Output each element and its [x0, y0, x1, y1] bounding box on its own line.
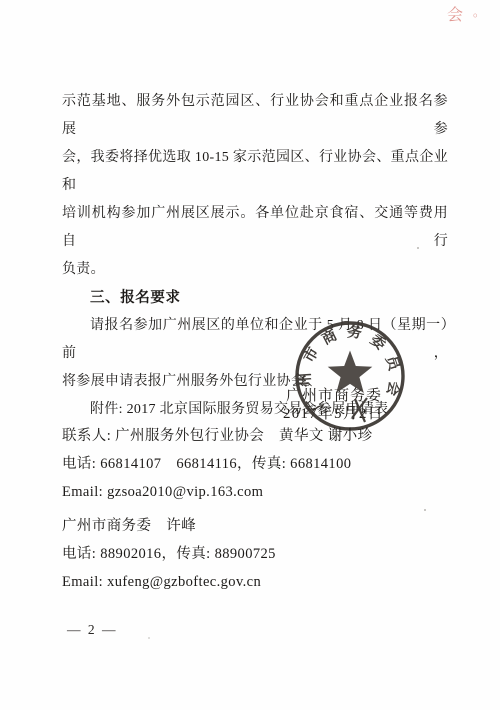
contact-block-secondary: 广州市商务委 许峰 电话: 88902016，传真: 88900725 Emai… [62, 512, 462, 596]
scanned-document-page: 会。 示范基地、服务外包示范园区、行业协会和重点企业报名参展参 会，我委将择优选… [0, 0, 500, 710]
scan-speck [424, 509, 426, 511]
paragraph1-line3: 培训机构参加广州展区展示。各单位赴京食宿、交通等费用自行 [62, 200, 448, 256]
corner-mark-2: 。 [473, 5, 485, 19]
contact-phone-line: 电话: 66814107 66814116，传真: 66814100 [62, 450, 462, 478]
contact-block-primary: 联系人: 广州服务外包行业协会 黄华文 谢小珍 电话: 66814107 668… [62, 422, 462, 506]
corner-red-marks: 会。 [447, 3, 485, 25]
paragraph1-line1: 示范基地、服务外包示范园区、行业协会和重点企业报名参展参 [62, 88, 448, 144]
contact2-email-line: Email: xufeng@gzboftec.gov.cn [62, 568, 462, 596]
paragraph1-line2: 会，我委将择优选取 10-15 家示范园区、行业协会、重点企业和 [62, 144, 448, 200]
official-seal: 广州市商务委员会 [292, 319, 408, 435]
contact-person-line: 联系人: 广州服务外包行业协会 黄华文 谢小珍 [62, 422, 462, 450]
contact2-person-line: 广州市商务委 许峰 [62, 512, 462, 540]
scan-speck [148, 637, 150, 639]
corner-mark-1: 会 [447, 7, 463, 24]
contact-email-line: Email: gzsoa2010@vip.163.com [62, 478, 462, 506]
scan-speck [417, 247, 419, 249]
paragraph1-line4: 负责。 [62, 256, 448, 284]
contact2-phone-line: 电话: 88902016，传真: 88900725 [62, 540, 462, 568]
seal-graphic: 广州市商务委员会 [292, 319, 408, 435]
star-icon [328, 351, 373, 394]
page-number: — 2 — [67, 622, 118, 638]
section-heading: 三、报名要求 [62, 284, 448, 312]
